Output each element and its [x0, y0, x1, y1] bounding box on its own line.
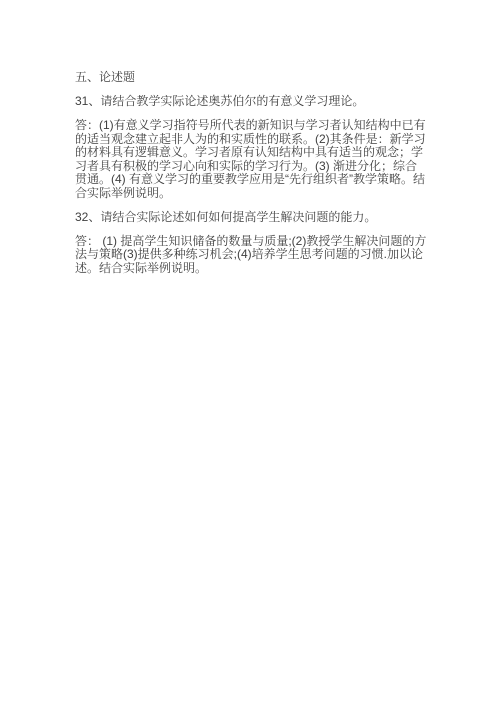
- document-page: 五、论述题 31、请结合教学实际论述奥苏伯尔的有意义学习理论。 答：(1)有意义…: [0, 0, 499, 706]
- section-title: 五、论述题: [75, 71, 427, 85]
- question-32: 32、请结合实际论述如何如何提高学生解决问题的能力。: [75, 211, 427, 225]
- question-31: 31、请结合教学实际论述奥苏伯尔的有意义学习理论。: [75, 95, 427, 109]
- answer-32: 答： (1) 提高学生知识储备的数量与质量;(2)教授学生解决问题的方法与策略(…: [75, 235, 427, 276]
- answer-31: 答：(1)有意义学习指符号所代表的新知识与学习者认知结构中已有的适当观念建立起非…: [75, 119, 427, 200]
- document-text-block: 五、论述题 31、请结合教学实际论述奥苏伯尔的有意义学习理论。 答：(1)有意义…: [75, 71, 427, 286]
